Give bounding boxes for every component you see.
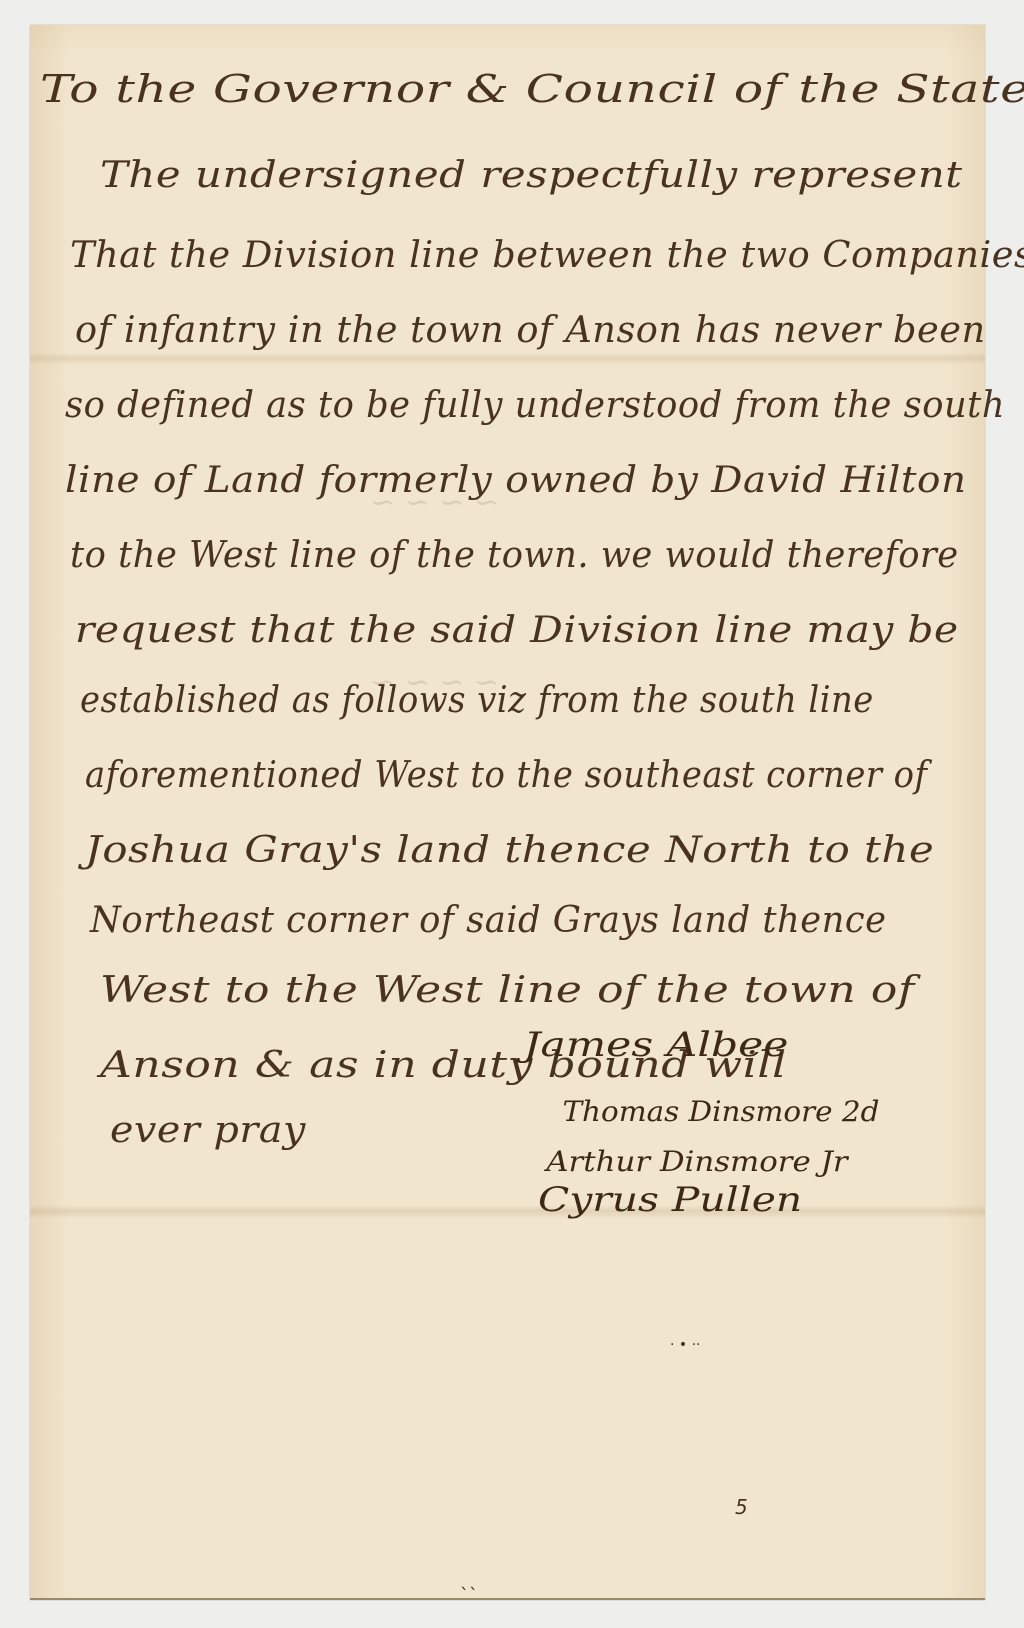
ink-specks: · • ··	[670, 1337, 701, 1353]
body-line: aforementioned West to the southeast cor…	[85, 755, 928, 796]
body-line: request that the said Division line may …	[75, 610, 959, 651]
salutation-line: The undersigned respectfully represent	[100, 155, 963, 196]
body-line: Northeast corner of said Grays land then…	[90, 900, 886, 941]
body-line: line of Land formerly owned by David Hil…	[65, 460, 967, 501]
body-line: so defined as to be fully understood fro…	[65, 385, 1005, 426]
heading-line: To the Governor & Council of the State o…	[40, 67, 1024, 111]
document-page: ~ ~ ~ ~ ~ ~ ~ ~ To the Governor & Counci…	[30, 25, 985, 1600]
bottom-ink-mark: ˎˎ	[460, 1570, 478, 1591]
body-line: of infantry in the town of Anson has nev…	[75, 310, 986, 351]
signature-arthur-dinsmore: Arthur Dinsmore Jr	[546, 1145, 847, 1178]
signature-james-albee: James Albee	[524, 1025, 789, 1065]
signature-thomas-dinsmore: Thomas Dinsmore 2d	[562, 1095, 879, 1128]
signature-cyrus-pullen: Cyrus Pullen	[538, 1180, 802, 1220]
body-line: ever pray	[110, 1110, 306, 1151]
body-line: That the Division line between the two C…	[70, 235, 1024, 276]
body-line: established as follows viz from the sout…	[80, 680, 874, 721]
page-number: 5	[735, 1495, 748, 1519]
body-line: West to the West line of the town of	[100, 970, 915, 1011]
body-line: to the West line of the town. we would t…	[70, 535, 959, 576]
body-line: Joshua Gray's land thence North to the	[85, 830, 934, 871]
